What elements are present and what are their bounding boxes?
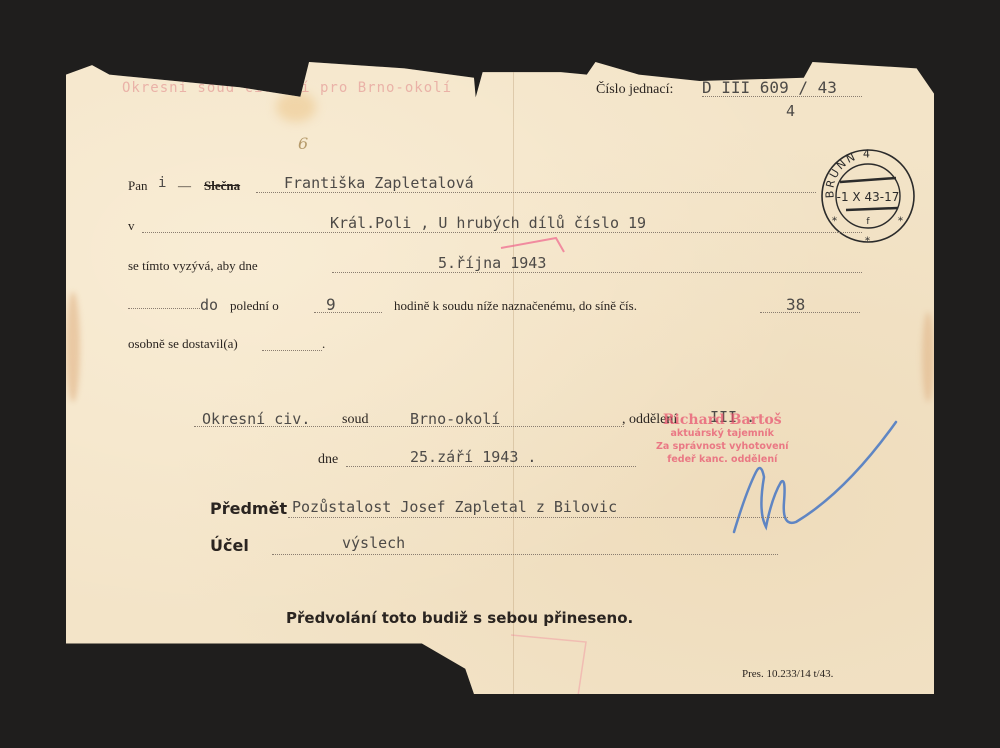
footer-left-prefix: Jedn. řád č. xyxy=(128,668,178,680)
reference-label: Číslo jednací: xyxy=(596,82,673,98)
time-prefix: do xyxy=(200,296,218,314)
svg-text:*: * xyxy=(865,236,870,246)
issued-date-label: dne xyxy=(318,452,338,468)
purpose-label: Účel xyxy=(210,536,249,555)
appear-label: osobně se dostavil(a) xyxy=(128,336,238,352)
salutation-struck: Slečna xyxy=(204,178,240,194)
summons-date-value: 5.října 1943 xyxy=(438,254,546,272)
svg-text:-1 X 43-17: -1 X 43-17 xyxy=(837,190,900,204)
footer-left-number: 14. xyxy=(204,667,219,682)
pencil-mark: 6 xyxy=(298,134,308,153)
postmark-icon: -1 X 43-17 f * * * BRÜNN 4 xyxy=(818,146,918,246)
issued-date-value: 25.září 1943 . xyxy=(410,448,536,466)
time-label-before: polední o xyxy=(230,298,279,314)
salutation-prefix: Pan xyxy=(128,178,148,194)
reference-value: D III 609 / 43 xyxy=(702,78,837,97)
svg-text:*: * xyxy=(898,216,903,227)
reference-sub: 4 xyxy=(786,102,795,120)
stain xyxy=(276,92,316,122)
addressee-name: Františka Zapletalová xyxy=(284,174,474,192)
footer-right: Pres. 10.233/14 t/43. xyxy=(742,668,833,680)
address-value: Král.Poli , U hrubých dílů číslo 19 xyxy=(330,214,646,232)
notice-text: Předvolání toto budiž s sebou přineseno. xyxy=(286,609,633,627)
summons-date-label: se tímto vyzývá, aby dne xyxy=(128,258,258,274)
subject-label: Předmět xyxy=(210,499,287,518)
footer-left-suffix: (Obsilka, § 86 jedn. ř.) xyxy=(230,668,330,680)
stain xyxy=(922,312,934,402)
postmark-stamp: -1 X 43-17 f * * * BRÜNN 4 xyxy=(818,146,918,246)
time-label-after: hodině k soudu níže naznačenému, do síně… xyxy=(394,298,637,314)
salutation-typed: i xyxy=(158,175,166,191)
summons-document: Okresní soud civilní pro Brno-okolí 6 Čí… xyxy=(66,62,934,694)
svg-text:*: * xyxy=(832,216,837,227)
svg-text:f: f xyxy=(866,217,870,227)
signature xyxy=(706,402,906,542)
address-label: v xyxy=(128,218,135,234)
faint-pink-mark xyxy=(506,630,596,700)
salutation-dash: — xyxy=(178,178,191,194)
subject-value: Pozůstalost Josef Zapletal z Bilovic xyxy=(292,498,617,516)
faded-header-stamp: Okresní soud civilní pro Brno-okolí xyxy=(122,80,452,96)
purpose-value: výslech xyxy=(342,534,405,552)
stain xyxy=(66,292,80,402)
fold-line xyxy=(513,62,514,694)
